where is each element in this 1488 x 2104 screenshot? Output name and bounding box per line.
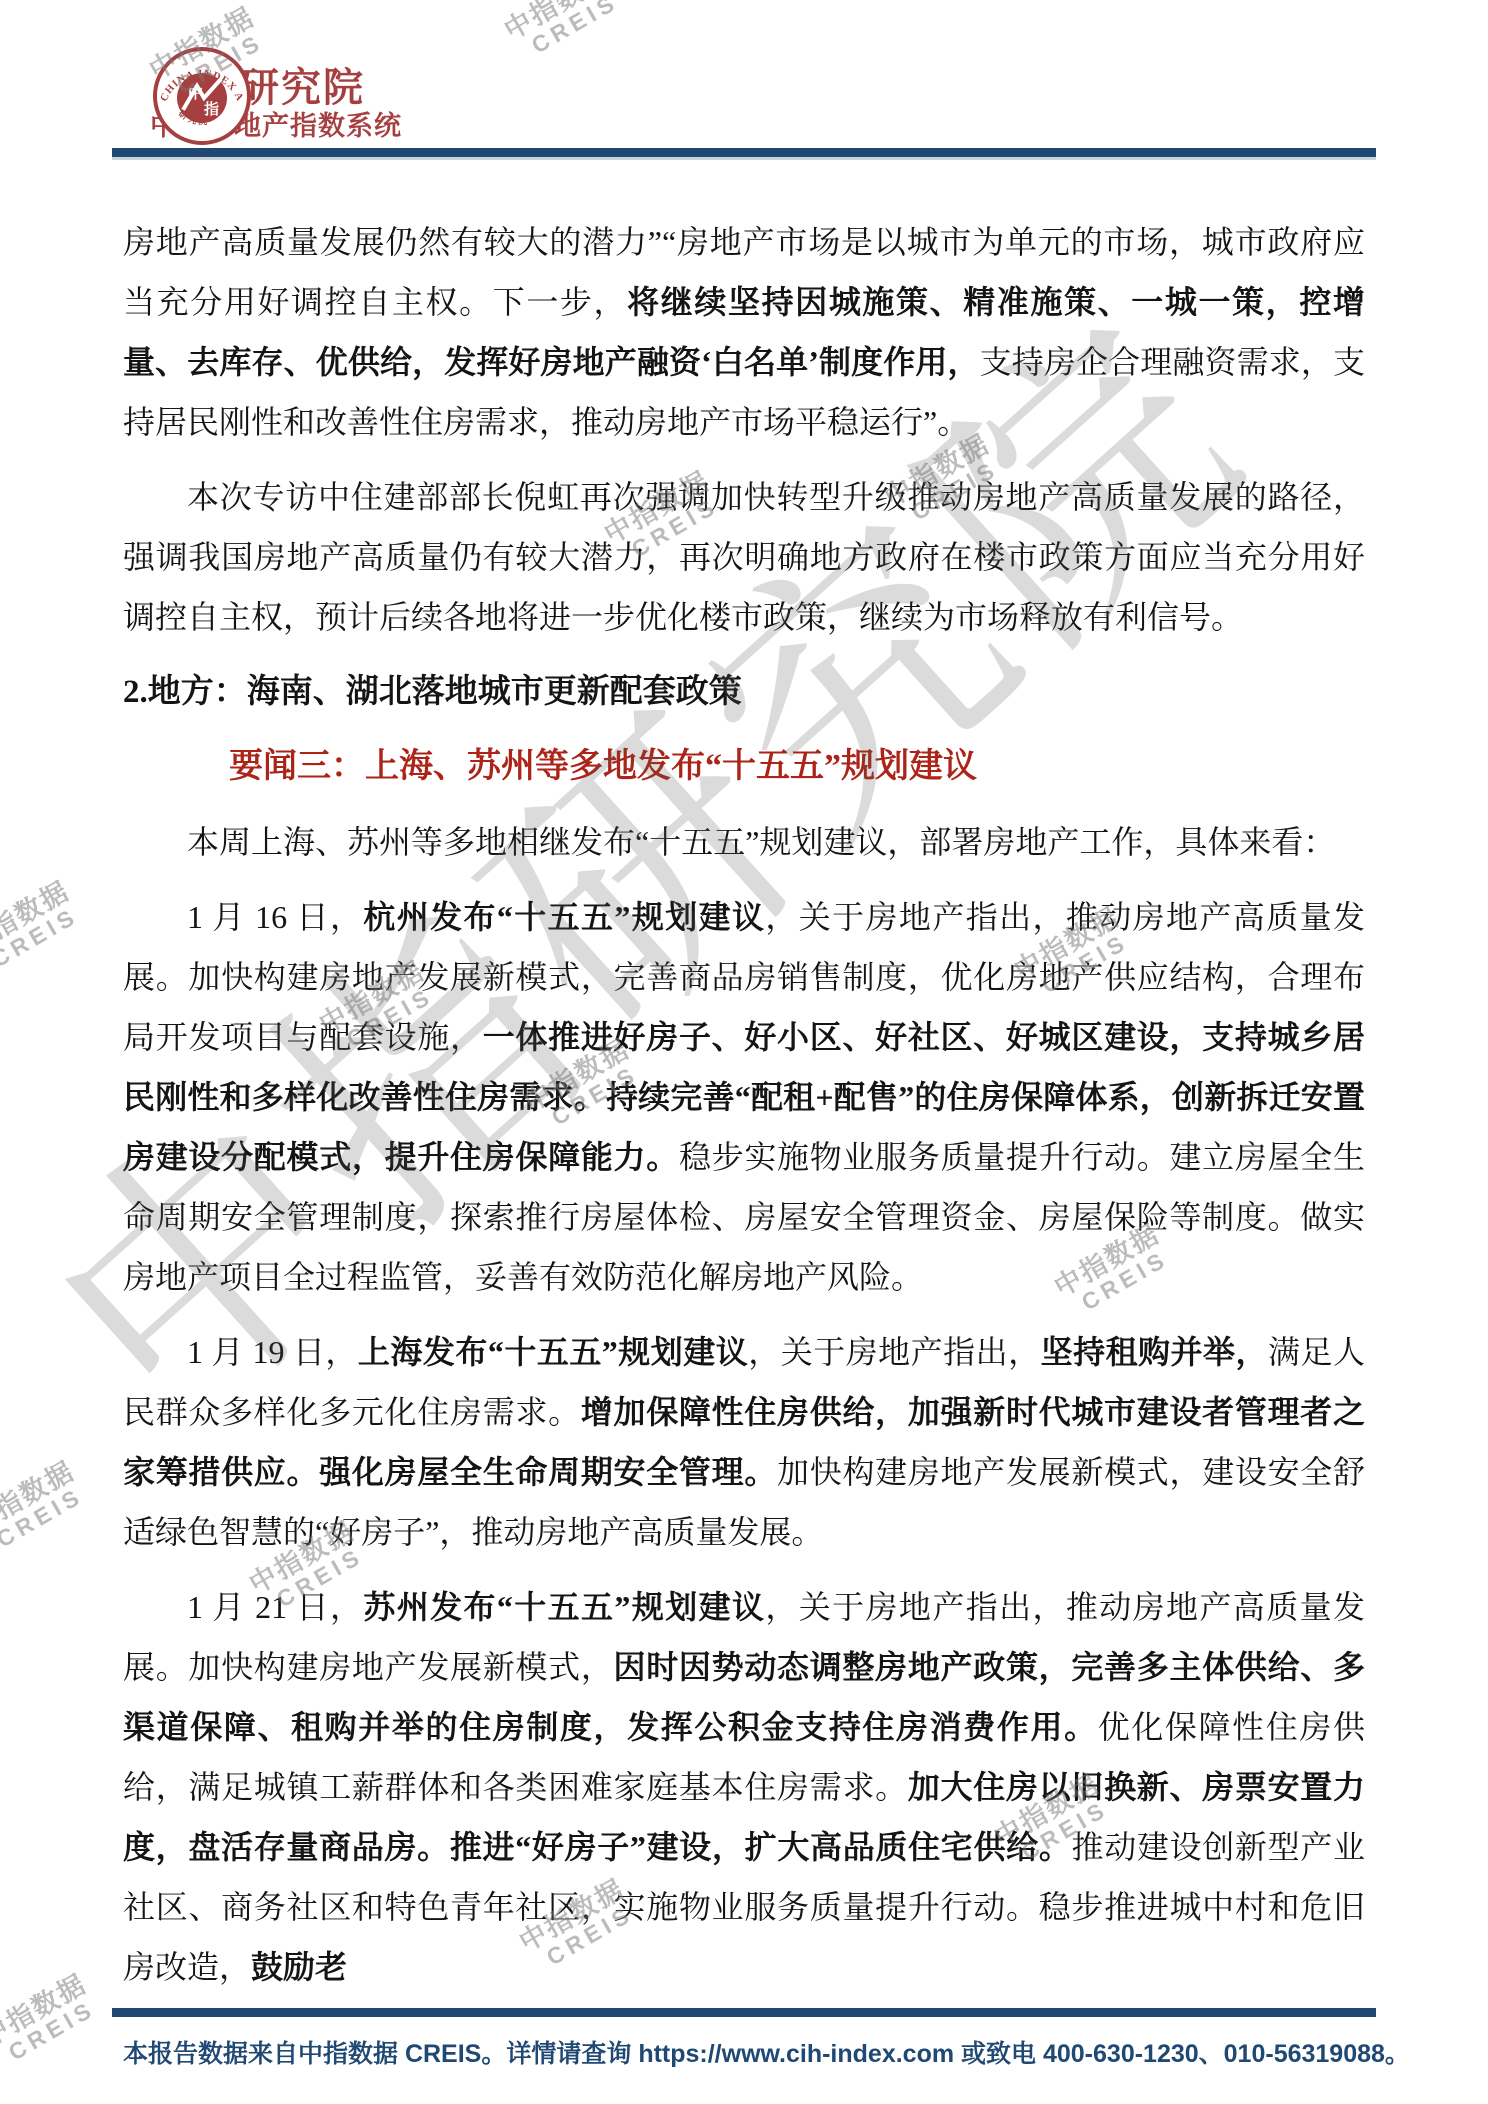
text-run: 上海发布“十五五”规划建议	[358, 1334, 748, 1370]
paragraph: 1 月 21 日，苏州发布“十五五”规划建议，关于房地产指出，推动房地产高质量发…	[123, 1577, 1365, 1997]
text-run: 1 月 21 日，	[187, 1589, 363, 1625]
footer-text-suffix: 或致电 400-630-1230、010-56319088。	[954, 2040, 1410, 2068]
report-page: 中指研究院 中国房地产指数系统 CHINA INDEX ACADEMY 中 指 …	[0, 0, 1488, 2104]
text-run: 2.地方：海南、湖北落地城市更新配套政策	[123, 674, 742, 710]
seal-center-char2: 指	[203, 101, 219, 118]
text-run: ，关于房地产指出，	[748, 1334, 1040, 1370]
text-run: 本次专访中住建部部长倪虹再次强调加快转型升级推动房地产高质量发展的路径，强调我国…	[123, 479, 1365, 635]
section-heading-red: 要闻三：上海、苏州等多地发布“十五五”规划建议	[123, 737, 1365, 797]
body-content: 房地产高质量发展仍然有较大的潜力”“房地产市场是以城市为单元的市场，城市政府应当…	[123, 212, 1365, 2012]
footer-url[interactable]: https://www.cih-index.com	[638, 2040, 954, 2068]
text-run: 坚持租购并举，	[1041, 1334, 1268, 1370]
footer-note: 本报告数据来自中指数据 CREIS。详情请查询 https://www.cih-…	[123, 2034, 1423, 2070]
header-rule	[112, 148, 1376, 160]
text-run: 本周上海、苏州等多地相继发布“十五五”规划建议，部署房地产工作，具体来看：	[187, 824, 1335, 860]
text-run: 1 月 16 日，	[187, 899, 363, 935]
academy-seal-icon: CHINA INDEX ACADEMY 中 指 研 究 院	[152, 46, 252, 146]
text-run: 杭州发布“十五五”规划建议	[363, 899, 765, 935]
text-run: 要闻三：上海、苏州等多地发布“十五五”规划建议	[229, 748, 977, 785]
text-run: 苏州发布“十五五”规划建议	[363, 1589, 765, 1625]
watermark-creis: 中指数据CREIS	[0, 1970, 103, 2073]
footer-text-prefix: 本报告数据来自中指数据 CREIS。详情请查询	[123, 2040, 638, 2068]
paragraph: 1 月 16 日，杭州发布“十五五”规划建议，关于房地产指出，推动房地产高质量发…	[123, 887, 1365, 1307]
watermark-creis: 中指数据CREIS	[0, 877, 86, 980]
text-run: 1 月 19 日，	[187, 1334, 358, 1370]
paragraph: 房地产高质量发展仍然有较大的潜力”“房地产市场是以城市为单元的市场，城市政府应当…	[123, 212, 1365, 452]
watermark-creis: 中指数据CREIS	[500, 0, 627, 66]
paragraph: 本次专访中住建部部长倪虹再次强调加快转型升级推动房地产高质量发展的路径，强调我国…	[123, 467, 1365, 647]
text-run: 鼓励老	[251, 1949, 347, 1985]
section-heading: 2.地方：海南、湖北落地城市更新配套政策	[123, 662, 1365, 722]
watermark-creis: 中指数据CREIS	[0, 1457, 91, 1560]
paragraph: 本周上海、苏州等多地相继发布“十五五”规划建议，部署房地产工作，具体来看：	[123, 812, 1365, 872]
seal-center-char1: 中	[188, 85, 203, 102]
paragraph: 1 月 19 日，上海发布“十五五”规划建议，关于房地产指出，坚持租购并举，满足…	[123, 1322, 1365, 1562]
